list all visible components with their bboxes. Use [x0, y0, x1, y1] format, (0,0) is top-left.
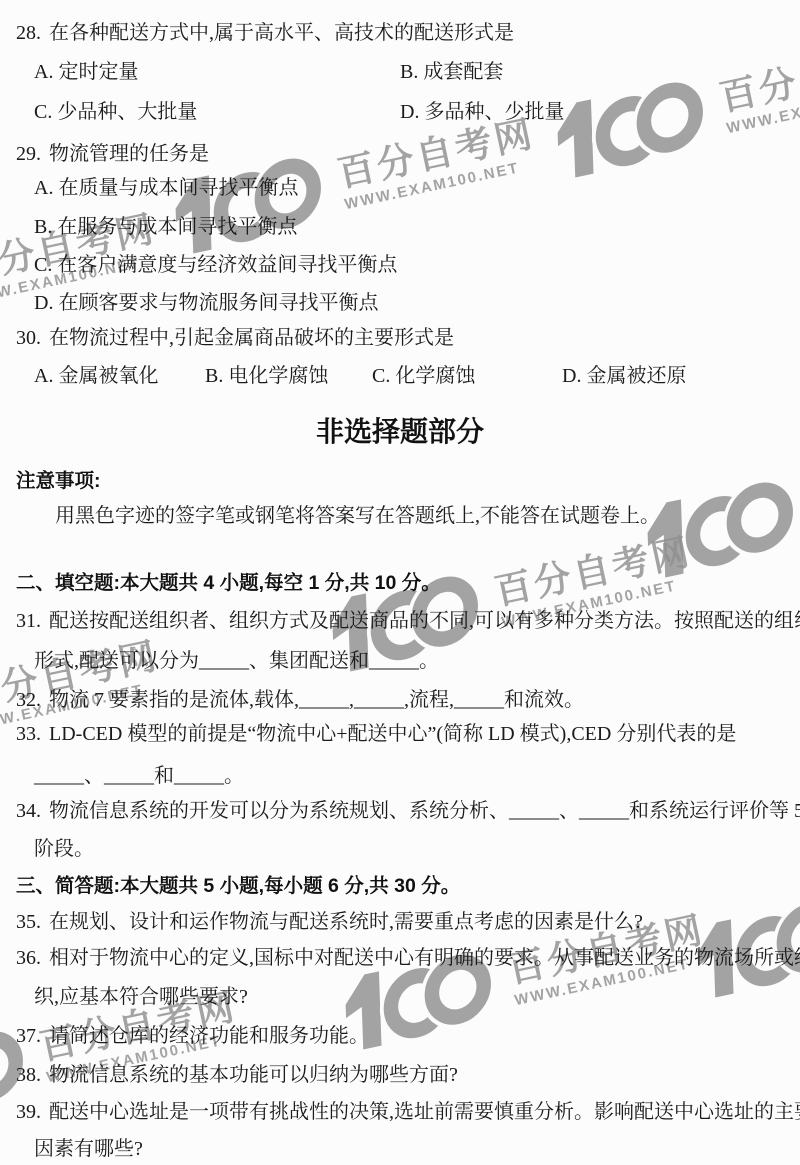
- question-28-option-b: B. 成套配套: [400, 59, 503, 85]
- question-29-option-d: D. 在顾客要求与物流服务间寻找平衡点: [34, 290, 800, 316]
- question-31-text: 配送按配送组织者、组织方式及配送商品的不同,可以有多种分类方法。按照配送的组织: [49, 610, 800, 632]
- question-30-number: 30.: [16, 327, 41, 349]
- question-37-line-1: 37.请简述仓库的经济功能和服务功能。: [16, 1023, 800, 1049]
- question-29-option-b: B. 在服务与成本间寻找平衡点: [34, 214, 800, 240]
- question-29-text: 物流管理的任务是: [49, 143, 209, 165]
- watermark-text: 百分自考网 WWW.EXAM100.NET: [717, 39, 800, 137]
- question-33-line-1: 33.LD-CED 模型的前提是“物流中心+配送中心”(简称 LD 模式),CE…: [16, 721, 800, 747]
- question-31-line-1: 31.配送按配送组织者、组织方式及配送商品的不同,可以有多种分类方法。按照配送的…: [16, 608, 800, 634]
- question-35-text: 在规划、设计和运作物流与配送系统时,需要重点考虑的因素是什么?: [49, 911, 643, 933]
- question-35-line-1: 35.在规划、设计和运作物流与配送系统时,需要重点考虑的因素是什么?: [16, 909, 800, 935]
- question-30-option-d: D. 金属被还原: [562, 363, 686, 389]
- question-29-option-c: C. 在客户满意度与经济效益间寻找平衡点: [34, 252, 800, 278]
- question-31-line-2: 形式,配送可以分为_____、集团配送和_____。: [34, 648, 800, 674]
- question-30-text: 在物流过程中,引起金属商品破坏的主要形式是: [49, 327, 454, 349]
- exam-page: 百分自考网 WWW.EXAM100.NET 百分自考网 WWW.EXAM100.…: [0, 0, 800, 1165]
- question-38-line-1: 38.物流信息系统的基本功能可以归纳为哪些方面?: [16, 1062, 800, 1088]
- notice-body: 用黑色字迹的签字笔或钢笔将答案写在答题纸上,不能答在试题卷上。: [55, 503, 800, 529]
- question-38-number: 38.: [16, 1064, 41, 1086]
- fill-in-section-header: 二、填空题:本大题共 4 小题,每空 1 分,共 10 分。: [16, 570, 800, 596]
- exam100-logo-icon: [540, 69, 719, 187]
- question-33-line-2: _____、_____和_____。: [34, 763, 800, 789]
- section-title-nonchoice: 非选择题部分: [0, 410, 800, 450]
- watermark-brand: 百分自考网: [717, 39, 800, 119]
- question-34-text: 物流信息系统的开发可以分为系统规划、系统分析、_____、_____和系统运行评…: [49, 800, 800, 822]
- question-34-number: 34.: [16, 800, 41, 822]
- question-28-option-d: D. 多品种、少批量: [400, 99, 564, 125]
- question-35-number: 35.: [16, 911, 41, 933]
- question-38-text: 物流信息系统的基本功能可以归纳为哪些方面?: [49, 1064, 458, 1086]
- question-36-line-2: 织,应基本符合哪些要求?: [34, 984, 800, 1010]
- question-28-text: 在各种配送方式中,属于高水平、高技术的配送形式是: [49, 22, 514, 44]
- question-30-option-b: B. 电化学腐蚀: [205, 363, 328, 389]
- question-31-number: 31.: [16, 610, 41, 632]
- question-28-option-c: C. 少品种、大批量: [34, 99, 197, 125]
- question-28-option-a: A. 定时定量: [34, 59, 138, 85]
- question-39-line-1: 39.配送中心选址是一项带有挑战性的决策,选址前需要慎重分析。影响配送中心选址的…: [16, 1099, 800, 1125]
- question-39-text: 配送中心选址是一项带有挑战性的决策,选址前需要慎重分析。影响配送中心选址的主要: [49, 1101, 800, 1123]
- question-28-number: 28.: [16, 22, 41, 44]
- question-30-option-c: C. 化学腐蚀: [372, 363, 475, 389]
- question-39-line-2: 因素有哪些?: [34, 1136, 800, 1162]
- question-33-text: LD-CED 模型的前提是“物流中心+配送中心”(简称 LD 模式),CED 分…: [49, 723, 736, 745]
- question-32-line-1: 32.物流 7 要素指的是流体,载体,_____,_____,流程,_____和…: [16, 687, 800, 713]
- question-29-option-a: A. 在质量与成本间寻找平衡点: [34, 175, 800, 201]
- question-39-number: 39.: [16, 1101, 41, 1123]
- question-36-number: 36.: [16, 947, 41, 969]
- question-29-number: 29.: [16, 143, 41, 165]
- question-34-line-2: 阶段。: [34, 836, 800, 862]
- question-30-stem: 30.在物流过程中,引起金属商品破坏的主要形式是: [16, 325, 800, 351]
- notice-title: 注意事项:: [16, 468, 800, 494]
- question-36-line-1: 36.相对于物流中心的定义,国标中对配送中心有明确的要求。从事配送业务的物流场所…: [16, 945, 800, 971]
- question-34-line-1: 34.物流信息系统的开发可以分为系统规划、系统分析、_____、_____和系统…: [16, 798, 800, 824]
- question-32-text: 物流 7 要素指的是流体,载体,_____,_____,流程,_____和流效。: [49, 689, 584, 711]
- short-answer-section-header: 三、简答题:本大题共 5 小题,每小题 6 分,共 30 分。: [16, 873, 800, 899]
- question-37-text: 请简述仓库的经济功能和服务功能。: [49, 1025, 369, 1047]
- question-33-number: 33.: [16, 723, 41, 745]
- question-30-option-a: A. 金属被氧化: [34, 363, 158, 389]
- question-36-text: 相对于物流中心的定义,国标中对配送中心有明确的要求。从事配送业务的物流场所或组: [49, 947, 800, 969]
- question-29-stem: 29.物流管理的任务是: [16, 141, 800, 167]
- question-37-number: 37.: [16, 1025, 41, 1047]
- question-28-stem: 28.在各种配送方式中,属于高水平、高技术的配送形式是: [16, 20, 800, 46]
- question-32-number: 32.: [16, 689, 41, 711]
- watermark-url: WWW.EXAM100.NET: [725, 80, 800, 137]
